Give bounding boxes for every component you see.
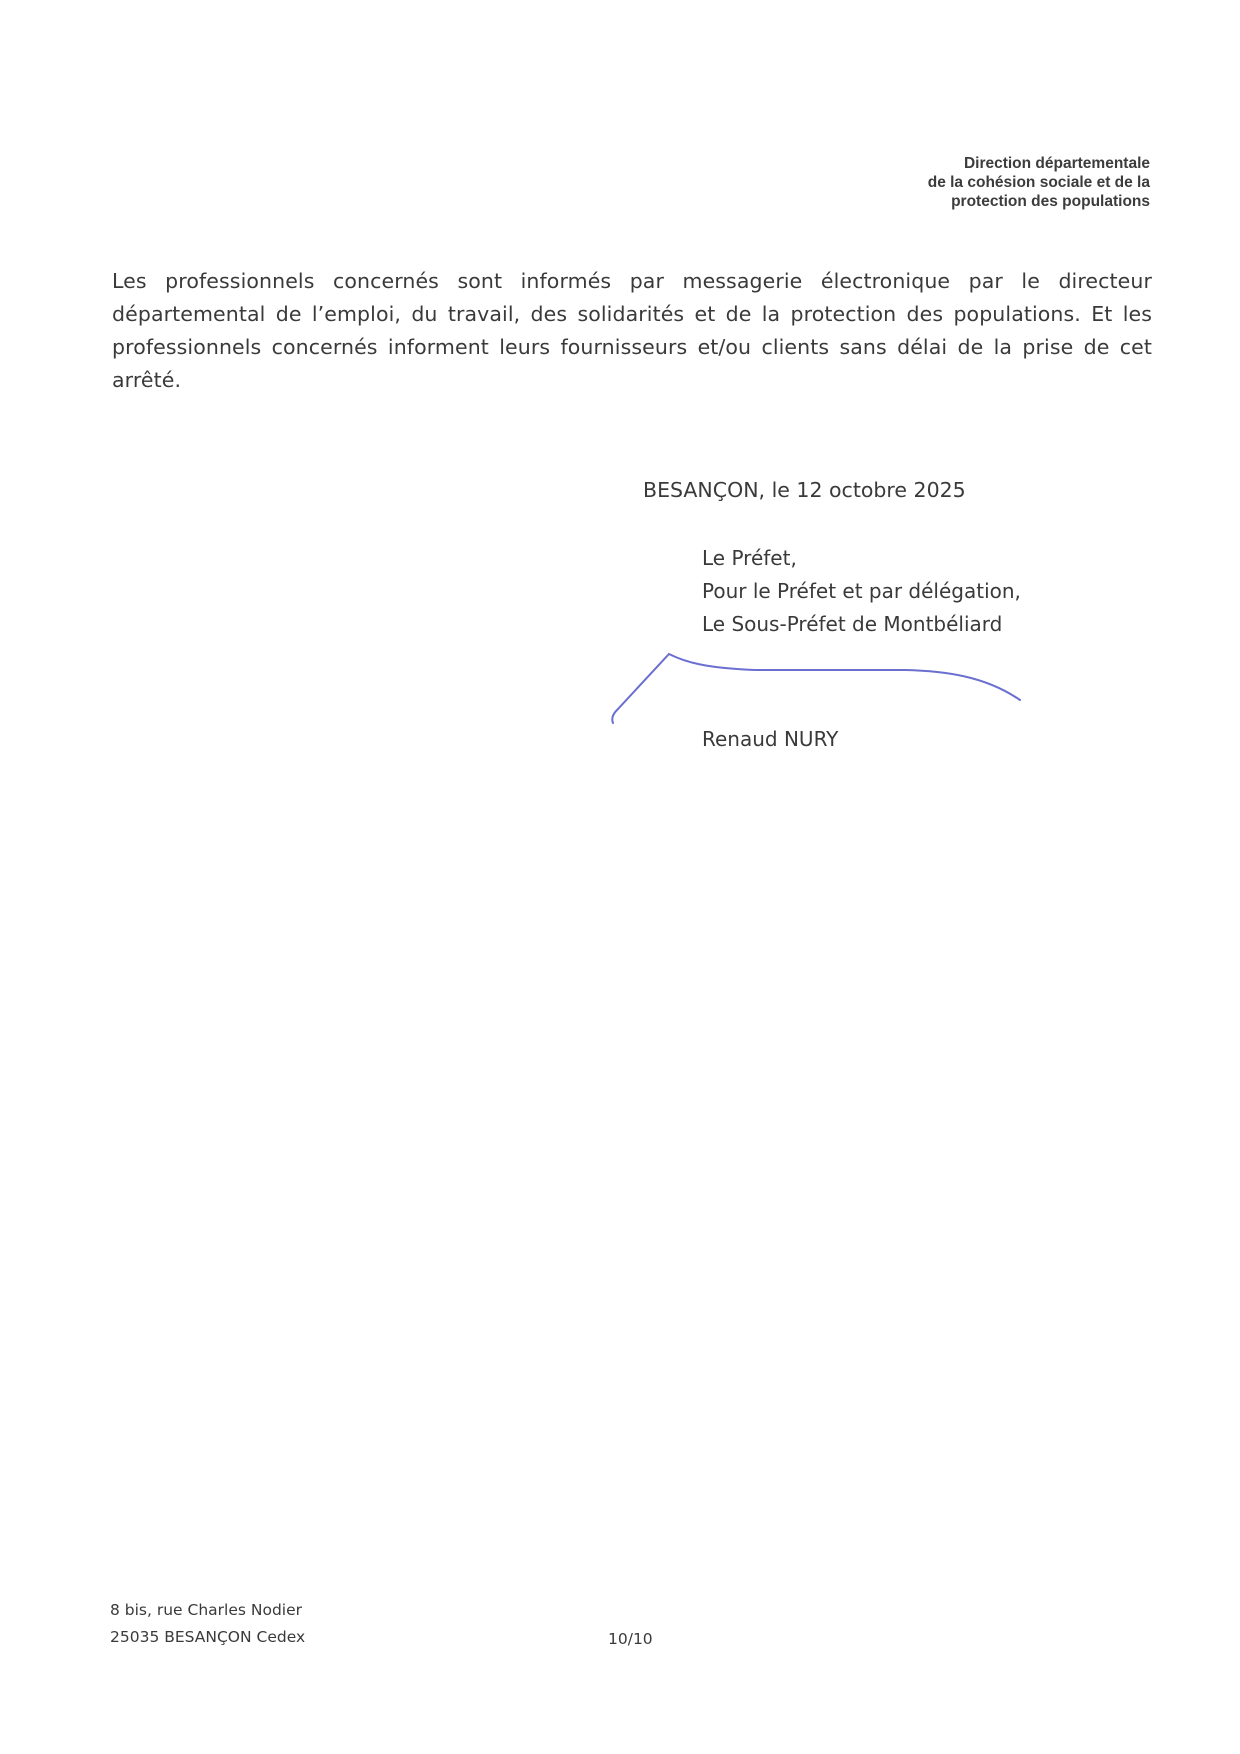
place-and-date: BESANÇON, le 12 octobre 2025 — [643, 478, 966, 502]
issuing-department-header: Direction départementale de la cohésion … — [928, 154, 1150, 211]
address-line: 8 bis, rue Charles Nodier — [110, 1597, 305, 1624]
header-line: Direction départementale — [928, 154, 1150, 173]
header-line: protection des populations — [928, 192, 1150, 211]
signer-name: Renaud NURY — [702, 727, 838, 751]
signatory-title-line: Le Préfet, — [702, 542, 1021, 575]
signatory-title-line: Le Sous-Préfet de Montbéliard — [702, 608, 1021, 641]
header-line: de la cohésion sociale et de la — [928, 173, 1150, 192]
signatory-title-block: Le Préfet, Pour le Préfet et par délégat… — [702, 542, 1021, 641]
body-paragraph: Les professionnels concernés sont inform… — [112, 265, 1152, 397]
footer-address: 8 bis, rue Charles Nodier 25035 BESANÇON… — [110, 1597, 305, 1651]
signatory-title-line: Pour le Préfet et par délégation, — [702, 575, 1021, 608]
address-line: 25035 BESANÇON Cedex — [110, 1624, 305, 1651]
handwritten-signature — [605, 648, 1025, 728]
page-number: 10/10 — [608, 1630, 653, 1648]
